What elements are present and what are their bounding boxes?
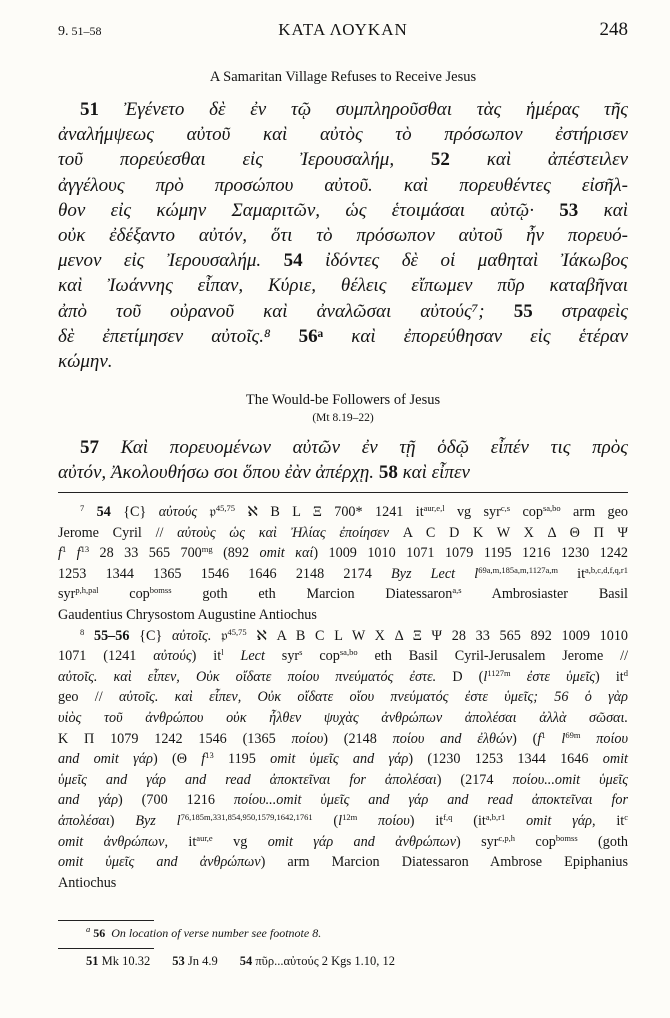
- greek-text-block-1: 51 Ἐγένετο δὲ ἐν τῷ συμπληροῦσθαι τὰς ἡμ…: [58, 97, 628, 374]
- greek-text: καὶ Ἰωάννης εἶπαν, Κύριε, θέλεις εἴπωμεν…: [58, 275, 628, 296]
- xref-verse: 54: [240, 954, 253, 968]
- verse-number: 54: [284, 250, 303, 271]
- text-line: ἀναλήμψεως αὐτοῦ καὶ αὐτὸς τὸ πρόσωπον ἐ…: [58, 122, 628, 147]
- greek-text-block-2: 57 Καὶ πορευομένων αὐτῶν ἐν τῇ ὁδῷ εἶπέν…: [58, 435, 628, 485]
- text-line: 51 Ἐγένετο δὲ ἐν τῷ συμπληροῦσθαι τὰς ἡμ…: [58, 97, 628, 122]
- apparatus-line: 1071 (1241 αὐτούς) itl Lect syrs copsa,b…: [58, 646, 628, 667]
- text-line: καὶ Ἰωάννης εἶπαν, Κύριε, θέλεις εἴπωμεν…: [58, 273, 628, 298]
- book-title: ΚΑΤΑ ΛΟΥΚΑΝ: [58, 20, 628, 40]
- xref-citation: Mk 10.32: [99, 954, 151, 968]
- apparatus-line: syrp,h,pal copbomss goth eth Marcion Dia…: [58, 584, 628, 605]
- verse-number: 51: [80, 99, 99, 120]
- greek-text: κώμην.: [58, 351, 113, 372]
- section-heading-followers: The Would-be Followers of Jesus: [58, 392, 628, 409]
- verse-number: 56ᵃ: [299, 326, 324, 347]
- apparatus-line: omit ἀνθρώπων, itaur,e vg omit γάρ and ἀ…: [58, 832, 628, 853]
- apparatus-line: Antiochus: [58, 873, 628, 894]
- text-line: αὐτόν, Ἀκολουθήσω σοι ὅπου ἐὰν ἀπέρχῃ. 5…: [58, 460, 628, 485]
- xref-verse: 51: [86, 954, 99, 968]
- critical-apparatus: 7 54 {C} αὐτούς 𝔭45,75 ℵ B L Ξ 700* 1241…: [58, 502, 628, 893]
- greek-text: Ἐγένετο δὲ ἐν τῷ συμπληροῦσθαι τὰς ἡμέρα…: [99, 99, 628, 120]
- greek-text: Καὶ πορευομένων αὐτῶν ἐν τῇ ὁδῷ εἶπέν τι…: [99, 437, 628, 458]
- apparatus-line: 8 55–56 {C} αὐτοῖς. 𝔭45,75 ℵ A B C L W X…: [58, 626, 628, 647]
- verse-number: 53: [559, 200, 578, 221]
- text-line: 57 Καὶ πορευομένων αὐτῶν ἐν τῇ ὁδῷ εἶπέν…: [58, 435, 628, 460]
- greek-text: τοῦ πορεύεσθαι εἰς Ἰερουσαλήμ,: [58, 149, 431, 170]
- greek-text: καὶ εἶπεν: [398, 462, 470, 483]
- text-line: τοῦ πορεύεσθαι εἰς Ἰερουσαλήμ, 52 καὶ ἀπ…: [58, 147, 628, 172]
- greek-text: ἀναλήμψεως αὐτοῦ καὶ αὐτὸς τὸ πρόσωπον ἐ…: [58, 124, 628, 145]
- text-line: κώμην.: [58, 349, 628, 374]
- apparatus-line: Gaudentius Chrysostom Augustine Antiochu…: [58, 605, 628, 626]
- greek-text: ἰδόντες δὲ οἱ μαθηταὶ Ἰάκωβος: [303, 250, 628, 271]
- apparatus-line: omit ὑμεῖς and ἀνθρώπων) arm Marcion Dia…: [58, 852, 628, 873]
- apparatus-line: geo // αὐτοῖς. καὶ εἶπεν, Οὐκ οἴδατε οἵο…: [58, 687, 628, 708]
- apparatus-line: Jerome Cyril // αὐτοὺς ὡς καὶ Ἠλίας ἐποί…: [58, 523, 628, 544]
- apparatus-line: 7 54 {C} αὐτούς 𝔭45,75 ℵ B L Ξ 700* 1241…: [58, 502, 628, 523]
- text-line: μενον εἰς Ἰερουσαλήμ. 54 ἰδόντες δὲ οἱ μ…: [58, 248, 628, 273]
- section-heading-samaritan: A Samaritan Village Refuses to Receive J…: [58, 69, 628, 86]
- greek-text: στραφεὶς: [533, 301, 628, 322]
- apparatus-line: K Π 1079 1242 1546 (1365 ποίου) (2148 πο…: [58, 729, 628, 750]
- running-head: 9. 51–58 ΚΑΤΑ ΛΟΥΚΑΝ 248: [58, 19, 628, 43]
- text-line: ἀγγέλους πρὸ προσώπου αὐτοῦ. καὶ πορευθέ…: [58, 173, 628, 198]
- greek-text: δὲ ἐπετίμησεν αὐτοῖς.⁸: [58, 326, 299, 347]
- apparatus-line: υἱὸς τοῦ ἀνθρώπου οὐκ ἦλθεν ψυχὰς ἀνθρώπ…: [58, 708, 628, 729]
- apparatus-line: f1 f13 28 33 565 700mg (892 omit καί) 10…: [58, 543, 628, 564]
- text-line: δὲ ἐπετίμησεν αὐτοῖς.⁸ 56ᵃ καὶ ἐπορεύθησ…: [58, 324, 628, 349]
- greek-text: καὶ: [578, 200, 628, 221]
- greek-text: οὐκ ἐδέξαντο αὐτόν, ὅτι τὸ πρόσωπον αὐτο…: [58, 225, 628, 246]
- parallel-reference: (Mt 8.19–22): [58, 412, 628, 424]
- greek-text: ἀπὸ τοῦ οὐρανοῦ καὶ ἀναλῶσαι αὐτούς⁷;: [58, 301, 514, 322]
- greek-text: ἀγγέλους πρὸ προσώπου αὐτοῦ. καὶ πορευθέ…: [58, 175, 628, 196]
- xref-citation: πῦρ...αὐτούς 2 Kgs 1.10, 12: [252, 954, 395, 968]
- note-divider: [58, 920, 154, 921]
- greek-text: καὶ ἐπορεύθησαν εἰς ἑτέραν: [323, 326, 628, 347]
- apparatus-line: αὐτοῖς. καὶ εἶπεν, Οὐκ οἴδατε ποίου πνεύ…: [58, 667, 628, 688]
- page-number: 248: [600, 19, 629, 41]
- text-line: ἀπὸ τοῦ οὐρανοῦ καὶ ἀναλῶσαι αὐτούς⁷; 55…: [58, 299, 628, 324]
- xref-divider: [58, 948, 154, 949]
- apparatus-line: ὑμεῖς and γάρ and read ἀποκτεῖναι for ἀπ…: [58, 770, 628, 791]
- greek-text: καὶ ἀπέστειλεν: [450, 149, 628, 170]
- verse-number: 55: [514, 301, 533, 322]
- greek-text: αὐτόν, Ἀκολουθήσω σοι ὅπου ἐὰν ἀπέρχῃ.: [58, 462, 379, 483]
- cross-references: 51 Mk 10.3253 Jn 4.954 πῦρ...αὐτούς 2 Kg…: [86, 954, 395, 969]
- apparatus-line: ἀπολέσαι) Byz l76,185m,331,854,950,1579,…: [58, 811, 628, 832]
- verse-number: 58: [379, 462, 398, 483]
- greek-text: μενον εἰς Ἰερουσαλήμ.: [58, 250, 284, 271]
- xref-verse: 53: [172, 954, 185, 968]
- text-line: θον εἰς κώμην Σαμαριτῶν, ὡς ἑτοιμάσαι αὐ…: [58, 198, 628, 223]
- xref-citation: Jn 4.9: [185, 954, 218, 968]
- verse-number: 52: [431, 149, 450, 170]
- apparatus-line: and γάρ) (700 1216 ποίου...omit ὑμεῖς an…: [58, 790, 628, 811]
- apparatus-line: 1253 1344 1365 1546 1646 2148 2174 Byz L…: [58, 564, 628, 585]
- marginal-note: a 56 On location of verse number see foo…: [86, 926, 321, 941]
- greek-text: θον εἰς κώμην Σαμαριτῶν, ὡς ἑτοιμάσαι αὐ…: [58, 200, 559, 221]
- text-line: οὐκ ἐδέξαντο αὐτόν, ὅτι τὸ πρόσωπον αὐτο…: [58, 223, 628, 248]
- apparatus-line: and omit γάρ) (Θ f13 1195 omit ὑμεῖς and…: [58, 749, 628, 770]
- apparatus-divider: [58, 492, 628, 493]
- verse-number: 57: [80, 437, 99, 458]
